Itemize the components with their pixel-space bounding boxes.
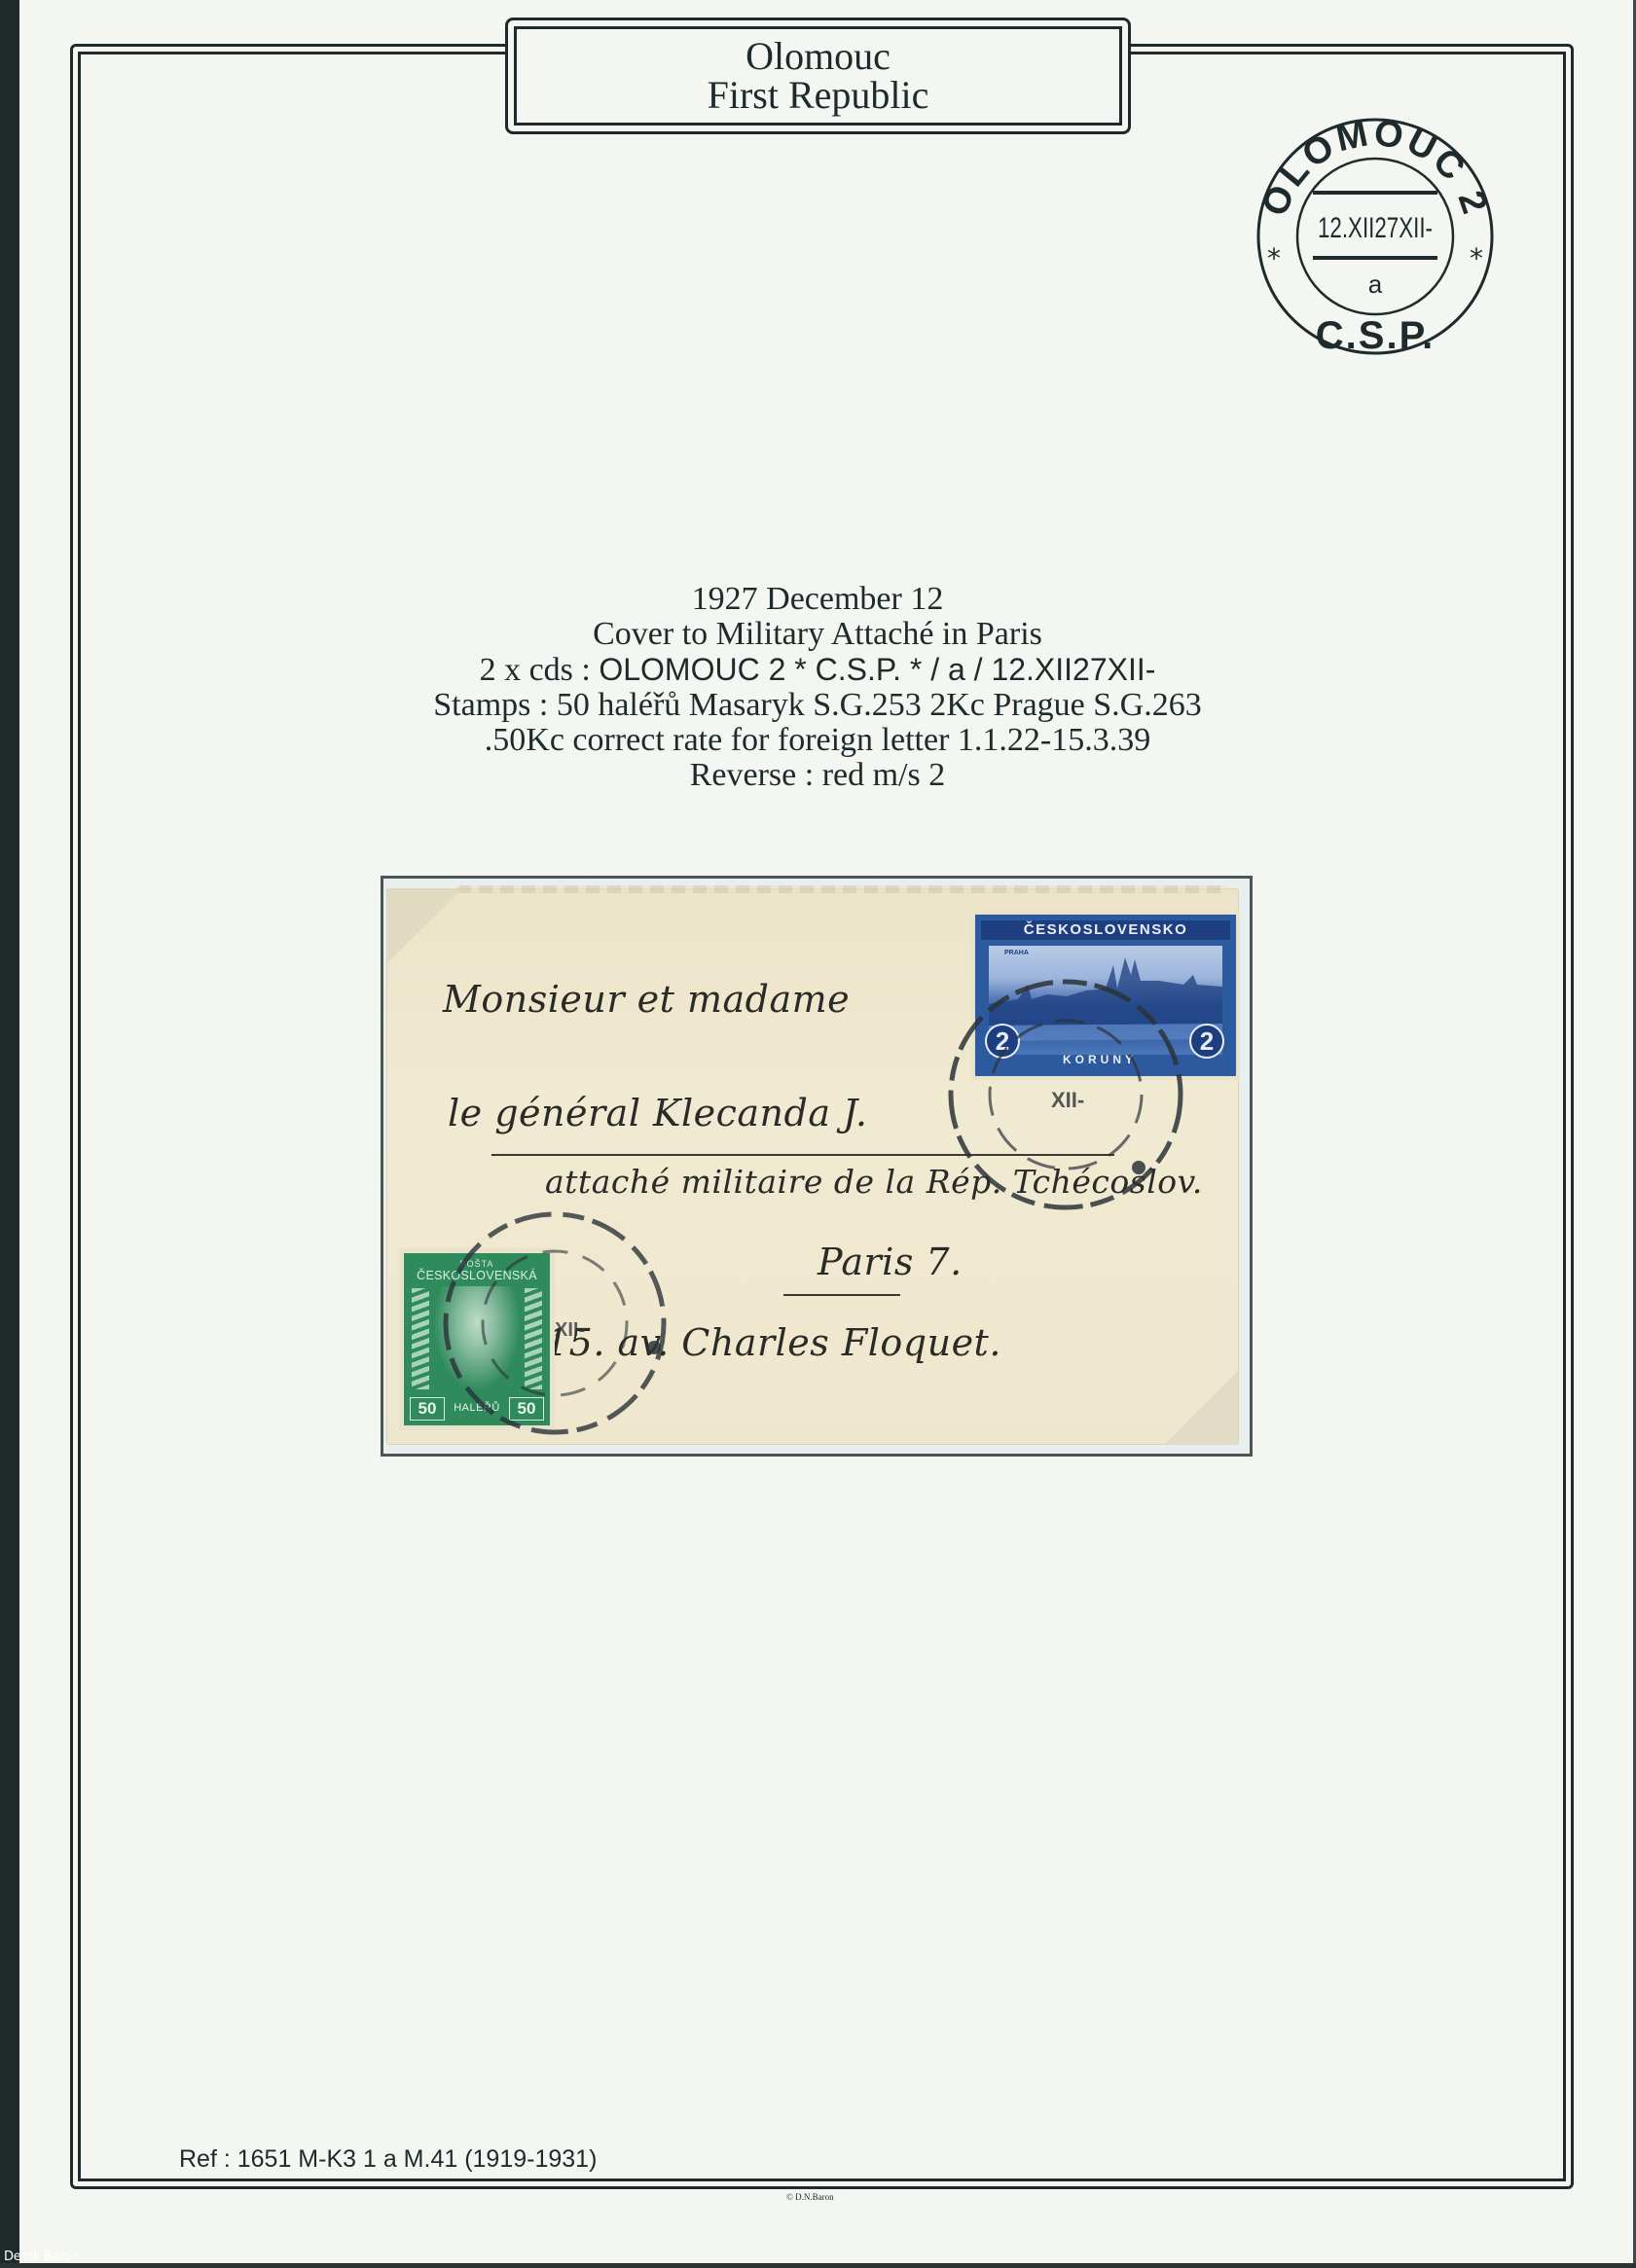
mount-corner-top-left	[386, 888, 462, 964]
copyright-text: © D.N.Baron	[786, 2192, 834, 2202]
title-period: First Republic	[708, 76, 929, 115]
postmark-right: XII-	[939, 973, 1192, 1216]
reference-text: Ref : 1651 M-K3 1 a M.41 (1919-1931)	[179, 2145, 597, 2174]
title-town: Olomouc	[745, 37, 891, 76]
postmark-right-date: XII-	[1051, 1088, 1084, 1112]
address-line-2: le général Klecanda J.	[448, 1092, 867, 1134]
city-underline	[783, 1294, 900, 1296]
watermark-text: Derek Baron	[4, 2250, 80, 2264]
desc-date: 1927 December 12	[195, 582, 1440, 617]
address-line-4: Paris 7.	[818, 1241, 963, 1283]
cds-star-right: *	[1470, 242, 1483, 274]
postmark-left: XII-	[428, 1202, 681, 1445]
page-title: Olomouc First Republic	[514, 26, 1122, 126]
desc-rate: .50Kc correct rate for foreign letter 1.…	[195, 723, 1440, 758]
scan-edge-bottom	[0, 2263, 1636, 2268]
desc-cds-prefix: 2 x cds :	[480, 652, 600, 688]
description: 1927 December 12 Cover to Military Attac…	[195, 582, 1440, 793]
desc-reverse: Reverse : red m/s 2	[195, 758, 1440, 793]
desc-subject: Cover to Military Attaché in Paris	[195, 617, 1440, 652]
stamp-2kc-place: PRAHA	[1004, 950, 1029, 956]
desc-cds-value: OLOMOUC 2 * C.S.P. * / a / 12.XII27XII-	[599, 652, 1155, 687]
cds-town: OLOMOUC 2	[1254, 113, 1496, 222]
cds-date: 12.XII27XII-	[1318, 212, 1433, 244]
cover-torn-edge	[457, 885, 1226, 893]
desc-stamps: Stamps : 50 haléřů Masaryk S.G.253 2Kc P…	[195, 688, 1440, 723]
cds-bottom: C.S.P.	[1316, 314, 1435, 357]
scan-edge-left	[0, 0, 19, 2268]
cds-star-left: *	[1267, 242, 1281, 274]
desc-cds: 2 x cds : OLOMOUC 2 * C.S.P. * / a / 12.…	[195, 652, 1440, 688]
mount-corner-bottom-right	[1164, 1371, 1238, 1445]
cds-illustration: OLOMOUC 2 12.XII27XII- a C.S.P. * *	[1249, 110, 1502, 363]
cds-index: a	[1368, 270, 1383, 299]
postmark-left-date: XII-	[555, 1319, 585, 1341]
laurel-left-icon	[412, 1288, 429, 1389]
stamp-2kc-country: ČESKOSLOVENSKO	[981, 920, 1230, 940]
stamp-2kc-value-right: 2	[1189, 1024, 1224, 1059]
address-line-1: Monsieur et madame	[443, 978, 850, 1021]
